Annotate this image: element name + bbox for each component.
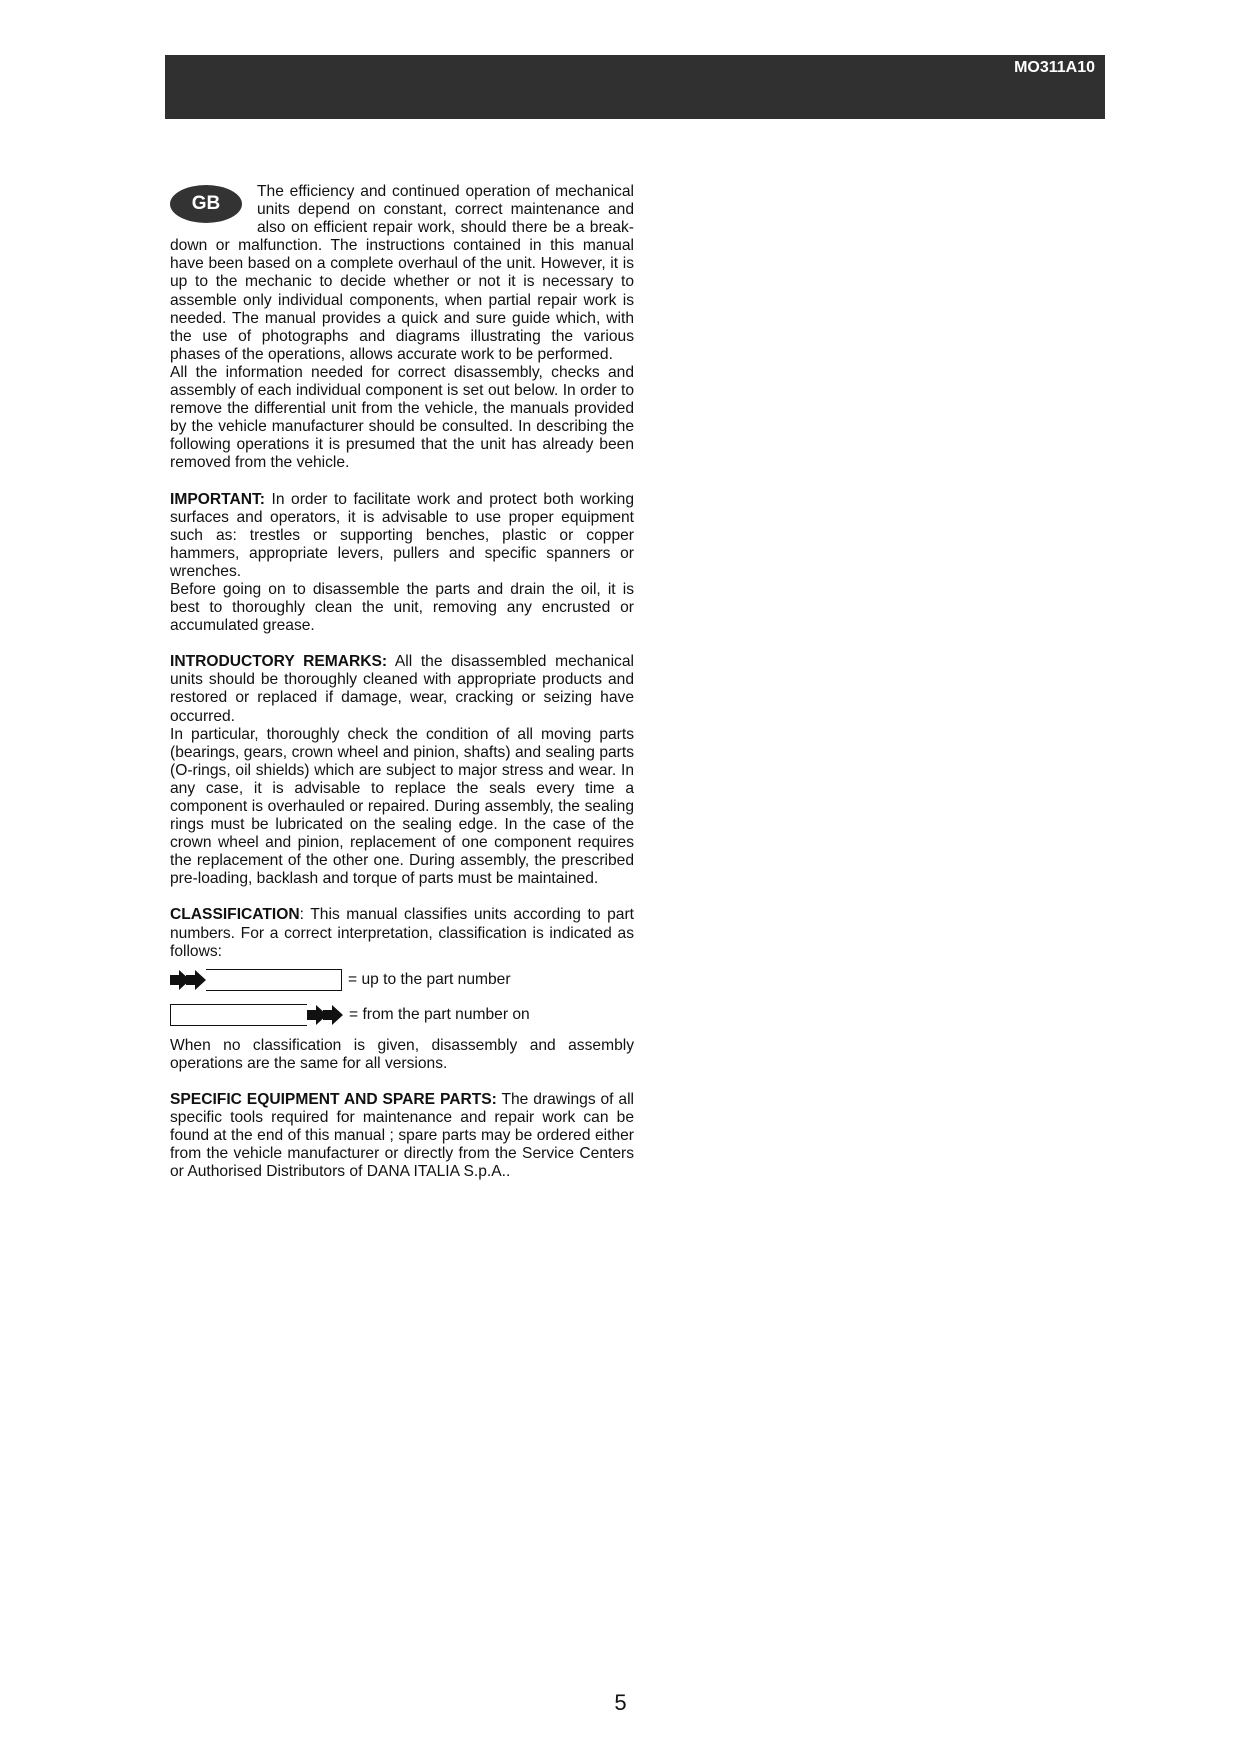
important-label: IMPORTANT:	[170, 491, 265, 508]
classification-label: CLASSIFICATION	[170, 906, 300, 923]
part-number-box	[170, 1004, 307, 1026]
important-paragraph-2: Before going on to disassemble the parts…	[170, 581, 634, 635]
equipment-paragraph: SPECIFIC EQUIPMENT AND SPARE PARTS: The …	[170, 1091, 634, 1181]
classification-paragraph-2: When no classification is given, disasse…	[170, 1037, 634, 1073]
header-bar: MO311A10	[165, 55, 1105, 119]
up-to-label: = up to the part number	[348, 971, 511, 989]
important-paragraph: IMPORTANT: In order to facilitate work a…	[170, 491, 634, 581]
classification-from-row: = from the part number on	[170, 1002, 634, 1029]
document-code: MO311A10	[1014, 59, 1095, 77]
double-arrow-icon	[307, 1005, 343, 1025]
classification-paragraph: CLASSIFICATION: This manual classifies u…	[170, 906, 634, 960]
double-arrow-icon	[170, 970, 206, 990]
part-number-box	[206, 969, 342, 991]
intro-paragraph-2: All the information needed for correct d…	[170, 364, 634, 473]
language-badge: GB	[170, 185, 242, 223]
text-column: GB The efficiency and continued operatio…	[170, 183, 634, 1181]
remarks-label: INTRODUCTORY REMARKS:	[170, 653, 387, 670]
from-label: = from the part number on	[349, 1006, 530, 1024]
equipment-label: SPECIFIC EQUIPMENT AND SPARE PARTS:	[170, 1091, 497, 1108]
page-number: 5	[0, 1690, 1241, 1716]
remarks-paragraph-2: In particular, thoroughly check the cond…	[170, 726, 634, 889]
remarks-paragraph: INTRODUCTORY REMARKS: All the disassembl…	[170, 653, 634, 725]
classification-up-to-row: = up to the part number	[170, 967, 634, 994]
